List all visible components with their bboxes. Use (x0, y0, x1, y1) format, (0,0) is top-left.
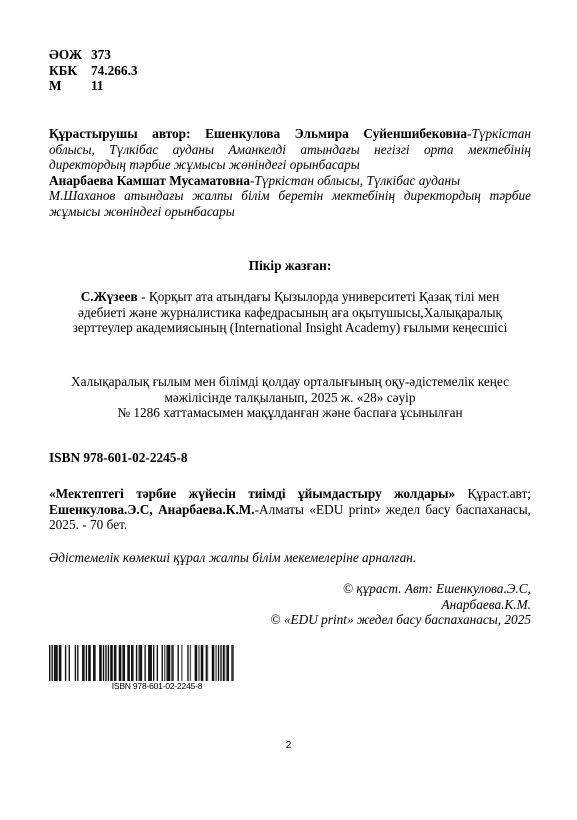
purpose-statement: Әдістемелік көмекші құрал жалпы білім ме… (49, 550, 531, 566)
approval-note: Халықаралық ғылым мен білімді қолдау орт… (49, 374, 531, 421)
isbn-number: ISBN 978-601-02-2245-8 (49, 450, 531, 466)
compiler-2-name: Анарбаева Камшат Мусаматовна (49, 173, 250, 188)
reviewer-description: - Қорқыт ата атындағы Қызылорда универси… (73, 289, 508, 335)
book-imprint-page: ӘОЖ373 КБК74.266.3 М11 Құрастырушы автор… (0, 0, 577, 820)
compiler-1: Құрастырушы автор: Ешенкулова Эльмира Су… (49, 126, 531, 173)
barcode-icon (49, 645, 235, 681)
book-authors: Ешенкулова.Э.С, Анарбаева.К.М. (49, 502, 255, 517)
page-number: 2 (0, 738, 577, 754)
isbn-barcode: ISBN 978-601-02-2245-8 (49, 645, 235, 691)
compiler-1-name: Құрастырушы автор: Ешенкулова Эльмира Су… (49, 126, 467, 141)
bibliographic-description: «Мектептегі тәрбие жүйесін тиімді ұйымда… (49, 486, 531, 533)
compilers-section: Құрастырушы автор: Ешенкулова Эльмира Су… (49, 126, 531, 219)
bbk-code: КБК74.266.3 (49, 63, 531, 79)
copyright-block: © құраст. Авт: Ешенкулова.Э.С, Анарбаева… (49, 581, 531, 628)
udc-code: ӘОЖ373 (49, 47, 531, 63)
author-mark: М11 (49, 78, 531, 94)
book-title: «Мектептегі тәрбие жүйесін тиімді ұйымда… (49, 486, 455, 501)
reviewer-heading: Пікір жазған: (49, 258, 531, 274)
reviewer-block: С.Жүзеев - Қорқыт ата атындағы Қызылорда… (58, 289, 522, 336)
barcode-caption: ISBN 978-601-02-2245-8 (79, 681, 235, 691)
compiler-2: Анарбаева Камшат Мусаматовна-Түркістан о… (49, 173, 531, 220)
classification-codes: ӘОЖ373 КБК74.266.3 М11 (49, 47, 531, 94)
compiler-2-affiliation: -Түркістан облысы, Түлкібас ауданы (250, 173, 460, 188)
reviewer-name: С.Жүзеев (81, 289, 138, 304)
